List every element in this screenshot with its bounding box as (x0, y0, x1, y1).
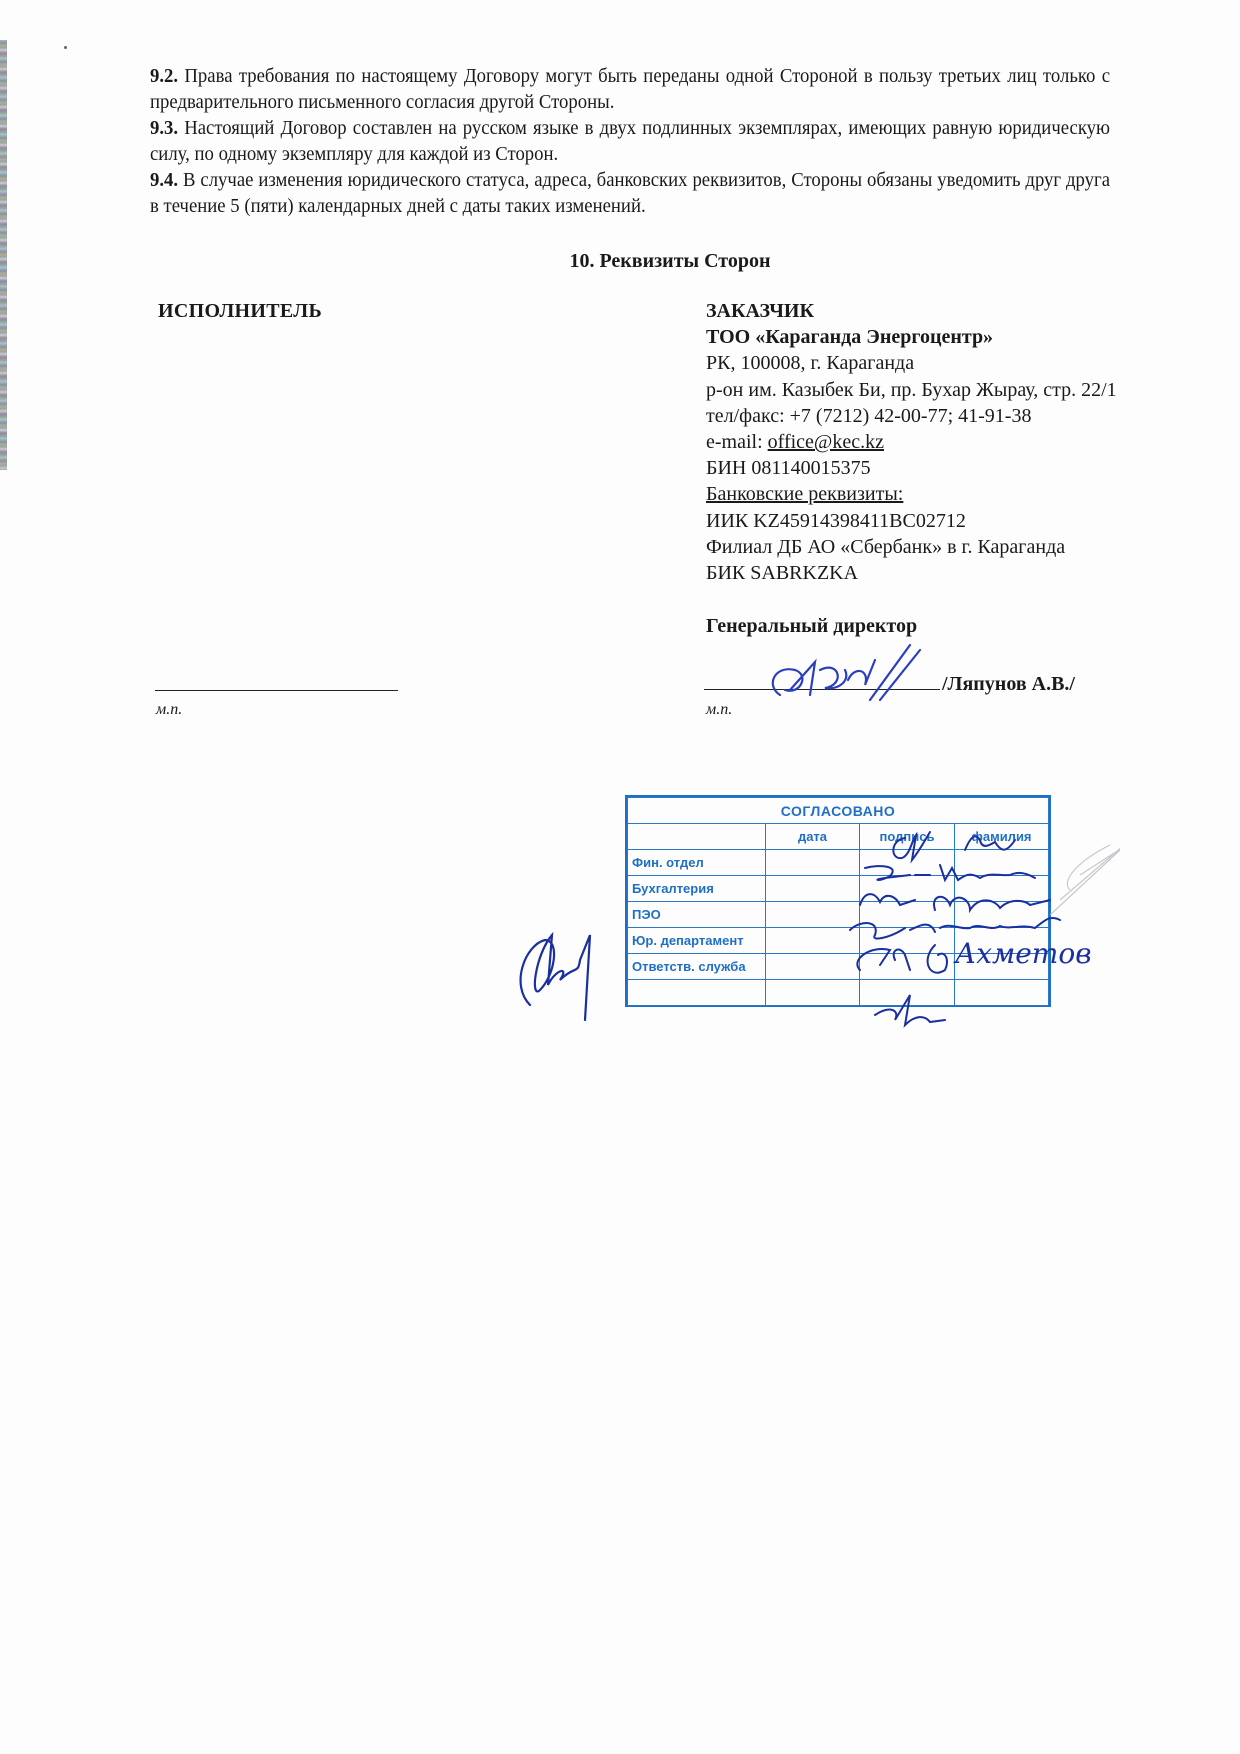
customer-address-2: р-он им. Казыбек Би, пр. Бухар Жырау, ст… (706, 377, 1226, 403)
clause-number: 9.2. (150, 66, 178, 87)
clause-number: 9.4. (150, 170, 178, 191)
clause-9-3: 9.3. Настоящий Договор составлен на русс… (150, 116, 1110, 168)
dept-cell: Фин. отдел (628, 850, 766, 876)
table-row: ПЭО (628, 902, 1049, 928)
signature-cell (860, 980, 955, 1006)
section-heading: 10. Реквизиты Сторон (0, 250, 1240, 273)
surname-cell (955, 954, 1049, 980)
signature-cell (860, 876, 955, 902)
surname-cell (955, 850, 1049, 876)
left-signature-icon (500, 925, 620, 1035)
customer-bik: БИК SABRKZKA (706, 560, 1226, 586)
executor-stamp-place: м.п. (156, 701, 182, 719)
director-signature-icon (760, 640, 930, 715)
signature-cell (860, 928, 955, 954)
table-row: Юр. департамент (628, 928, 1049, 954)
date-cell (766, 876, 860, 902)
approval-table: СОГЛАСОВАНО дата подпись фамилия Фин. от… (627, 797, 1049, 1006)
customer-block: ЗАКАЗЧИК ТОО «Караганда Энергоцентр» РК,… (706, 298, 1226, 586)
executor-title: ИСПОЛНИТЕЛЬ (158, 298, 322, 324)
col-header-surname: фамилия (955, 824, 1049, 850)
executor-block: ИСПОЛНИТЕЛЬ (158, 298, 322, 324)
bank-details-heading: Банковские реквизиты: (706, 481, 1226, 507)
surname-cell (955, 980, 1049, 1006)
clause-text: Права требования по настоящему Договору … (150, 66, 1110, 113)
surname-cell (955, 876, 1049, 902)
stamp-title: СОГЛАСОВАНО (628, 798, 1049, 824)
customer-company: ТОО «Караганда Энергоцентр» (706, 324, 1226, 350)
executor-signature-line (155, 690, 398, 691)
customer-stamp-place: м.п. (706, 701, 732, 719)
email-label: e-mail: (706, 431, 768, 453)
clause-text: В случае изменения юридического статуса,… (150, 170, 1110, 217)
col-header-date: дата (766, 824, 860, 850)
clause-9-4: 9.4. В случае изменения юридического ста… (150, 168, 1110, 220)
email-link[interactable]: office@kec.kz (768, 431, 884, 453)
customer-iik: ИИК KZ45914398411BC02712 (706, 508, 1226, 534)
table-row: Бухгалтерия (628, 876, 1049, 902)
signer-role: Генеральный директор (706, 615, 917, 638)
dept-cell: Бухгалтерия (628, 876, 766, 902)
clause-9-2: 9.2. Права требования по настоящему Дого… (150, 64, 1110, 116)
customer-signature-line (704, 689, 940, 690)
scan-speck (64, 46, 67, 49)
dept-cell (628, 980, 766, 1006)
table-row: Фин. отдел (628, 850, 1049, 876)
approval-stamp: СОГЛАСОВАНО дата подпись фамилия Фин. от… (625, 795, 1051, 1007)
col-header-signature: подпись (860, 824, 955, 850)
customer-title: ЗАКАЗЧИК (706, 298, 1226, 324)
dept-cell: Ответств. служба (628, 954, 766, 980)
clause-text: Настоящий Договор составлен на русском я… (150, 118, 1110, 165)
signature-cell (860, 954, 955, 980)
customer-phone: тел/факс: +7 (7212) 42-00-77; 41-91-38 (706, 403, 1226, 429)
signature-cell (860, 902, 955, 928)
customer-bank: Филиал ДБ АО «Сбербанк» в г. Караганда (706, 534, 1226, 560)
table-row: Ответств. служба (628, 954, 1049, 980)
signer-name: /Ляпунов А.В./ (942, 673, 1075, 696)
date-cell (766, 980, 860, 1006)
signature-cell (860, 850, 955, 876)
date-cell (766, 928, 860, 954)
clause-number: 9.3. (150, 118, 178, 139)
table-row (628, 980, 1049, 1006)
customer-email-line: e-mail: office@kec.kz (706, 429, 1226, 455)
col-header-dept (628, 824, 766, 850)
date-cell (766, 902, 860, 928)
dept-cell: ПЭО (628, 902, 766, 928)
customer-bin: БИН 081140015375 (706, 455, 1226, 481)
surname-cell (955, 928, 1049, 954)
date-cell (766, 850, 860, 876)
customer-address-1: РК, 100008, г. Караганда (706, 350, 1226, 376)
surname-cell (955, 902, 1049, 928)
dept-cell: Юр. департамент (628, 928, 766, 954)
date-cell (766, 954, 860, 980)
